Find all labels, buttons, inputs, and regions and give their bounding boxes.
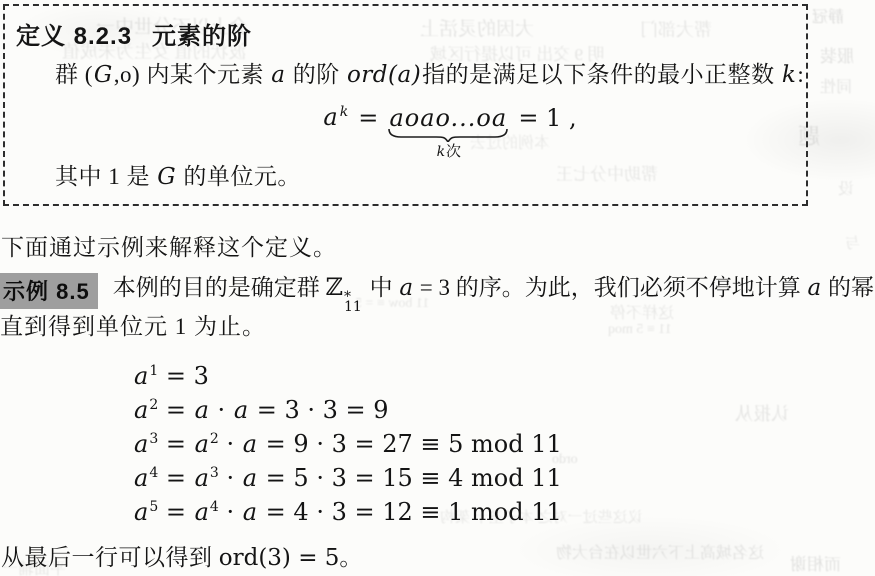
example-paragraph-line1: 示例 8.5 本例的目的是确定群 ℤ*11 中 a = 3 的序。为此，我们必须… bbox=[0, 269, 874, 313]
var-G: G bbox=[156, 164, 177, 190]
conclusion-expression: ord(3) = 5 bbox=[219, 545, 340, 571]
example-paragraph-line2: 直到得到单位元 1 为止。 bbox=[0, 308, 266, 341]
var-ord-a: ord(a) bbox=[346, 62, 422, 88]
definition-text: 的单位元。 bbox=[177, 164, 301, 189]
brace-label-text: 次 bbox=[446, 142, 461, 160]
order-formula: ak = aoao...oa k次 = 1 , bbox=[93, 103, 806, 161]
page: 定义 8.2.3元素的阶 群 (G,o) 内某个元素 a 的阶 ord(a)指的… bbox=[0, 0, 875, 576]
example-text: 本例的目的是确定群 ℤ*11 中 a = 3 的序。为此，我们必须不停地计算 a… bbox=[113, 269, 874, 313]
definition-text: 的阶 bbox=[286, 62, 346, 87]
formula-a-power-k: ak bbox=[322, 103, 349, 131]
definition-footer: 其中 1 是 G 的单位元。 bbox=[55, 158, 301, 191]
definition-body: 群 (G,o) 内某个元素 a 的阶 ord(a)指的是满足以下条件的最小正整数… bbox=[55, 56, 804, 89]
math-line: a3 = a2 · a = 9 · 3 = 27 ≡ 5 mod 11 bbox=[133, 423, 562, 457]
underbrace-label: k次 bbox=[436, 140, 462, 161]
formula-base: a bbox=[322, 103, 338, 131]
definition-text: 指的是满足以下条件的最小正整数 bbox=[422, 62, 781, 87]
formula-exponent: k bbox=[339, 104, 349, 120]
definition-text: ,o) 内某个元素 bbox=[114, 62, 270, 87]
definition-number: 定义 8.2.3 bbox=[16, 23, 132, 50]
double-struck-z: ℤ bbox=[325, 273, 343, 301]
z-subscript: 11 bbox=[344, 302, 362, 313]
example-text-run: 中 bbox=[364, 275, 399, 300]
conclusion-line: 从最后一行可以得到 ord(3) = 5。 bbox=[1, 539, 363, 572]
formula-tail: = 1 , bbox=[518, 103, 576, 133]
underbrace-group: aoao...oa k次 bbox=[387, 103, 509, 161]
var-a: a bbox=[807, 275, 823, 301]
example-text-run: 本例的目的是确定群 bbox=[113, 275, 326, 300]
example-text-run: = 3 的序。为此，我们必须不停地计算 bbox=[414, 275, 806, 300]
example-text-run: 的幂 bbox=[822, 275, 874, 300]
math-line: a1 = 3 bbox=[133, 355, 562, 389]
var-k: k bbox=[781, 62, 797, 88]
conclusion-text: 。 bbox=[339, 545, 363, 570]
equals-sign: = bbox=[358, 103, 378, 133]
definition-title: 元素的阶 bbox=[152, 23, 252, 50]
power-computation-block: a1 = 3a2 = a · a = 3 · 3 = 9a3 = a2 · a … bbox=[133, 355, 562, 525]
z-scripts: *11 bbox=[344, 292, 362, 313]
definition-text: : bbox=[797, 62, 804, 87]
math-line: a2 = a · a = 3 · 3 = 9 bbox=[133, 389, 562, 423]
intro-sentence: 下面通过示例来解释这个定义。 bbox=[1, 229, 337, 262]
definition-text: 群 ( bbox=[55, 62, 93, 87]
definition-text: 其中 1 是 bbox=[55, 164, 156, 189]
math-line: a5 = a4 · a = 4 · 3 = 12 ≡ 1 mod 11 bbox=[133, 491, 562, 525]
var-a: a bbox=[270, 62, 286, 88]
math-line: a4 = a3 · a = 5 · 3 = 15 ≡ 4 mod 11 bbox=[133, 457, 562, 491]
var-G: G bbox=[93, 62, 114, 88]
definition-heading: 定义 8.2.3元素的阶 bbox=[16, 16, 252, 51]
conclusion-text: 从最后一行可以得到 bbox=[1, 545, 219, 570]
definition-box: 定义 8.2.3元素的阶 群 (G,o) 内某个元素 a 的阶 ord(a)指的… bbox=[3, 4, 808, 206]
var-a: a bbox=[398, 275, 414, 301]
z-star-11-symbol: ℤ*11 bbox=[325, 275, 363, 301]
var-k: k bbox=[436, 144, 446, 160]
example-label: 示例 8.5 bbox=[0, 273, 98, 309]
